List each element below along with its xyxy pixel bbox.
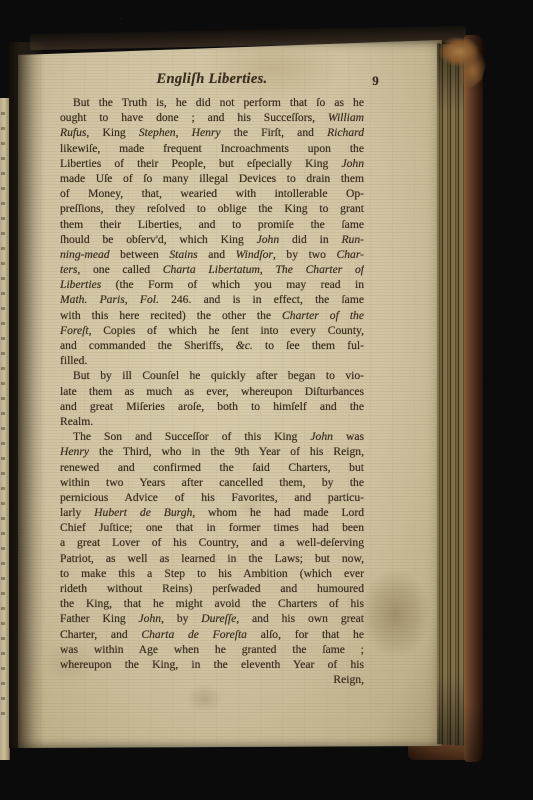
text-line: was within Age when he granted the ſame …: [60, 642, 364, 657]
roman-text: did in: [279, 233, 341, 246]
roman-text: Liberties of their People, but eſpeciall…: [60, 157, 341, 170]
text-line: rideth without Reins) perſwaded and humo…: [60, 581, 364, 596]
roman-text: ought to have done ; and his Succeſſors,: [60, 111, 328, 124]
italic-text: Henry: [60, 445, 89, 458]
text-line: late them as much as ever, whereupon Diſ…: [60, 384, 364, 399]
italic-text: Richard: [327, 126, 364, 139]
text-line: Father King John, by Dureſſe, and his ow…: [60, 611, 364, 626]
roman-text: , and his own great: [236, 612, 364, 625]
roman-text: , by: [161, 612, 201, 625]
roman-text: made Uſe of ſo many illegal Devices to d…: [60, 172, 364, 185]
running-head: Engliſh Liberties. 9: [60, 71, 364, 92]
text-line: ning-mead between Stains and Windſor, by…: [60, 247, 364, 262]
italic-text: John: [139, 612, 162, 625]
roman-text: pernicious Advice of his Favorites, and …: [60, 491, 364, 504]
roman-text: , King: [86, 126, 138, 139]
book-fore-edge-pages: [437, 41, 466, 746]
roman-text: Chief Juſtice; one that in former times …: [60, 521, 364, 534]
roman-text: with this here recited) the other the: [60, 309, 282, 322]
text-line: Math. Paris, Fol. 246. and is in effect,…: [60, 292, 364, 307]
italic-text: Math. Paris: [60, 293, 125, 306]
text-line: within two Years after cancelled them, b…: [60, 475, 364, 490]
roman-text: ,: [176, 126, 192, 139]
book-page: Engliſh Liberties. 9 But the Truth is, h…: [18, 40, 442, 748]
roman-text: ,: [260, 263, 276, 276]
italic-text: Henry: [192, 126, 221, 139]
italic-text: John: [310, 430, 333, 443]
text-line: preſſions, they reſolved to oblige the K…: [60, 201, 364, 216]
running-head-title: Engliſh Liberties.: [157, 71, 268, 87]
text-line: Chief Juſtice; one that in former times …: [60, 520, 364, 535]
roman-text: the Firſt, and: [221, 126, 327, 139]
roman-text: ſhould be obſerv'd, which King: [60, 233, 257, 246]
roman-text: , one called: [77, 263, 162, 276]
roman-text: was: [333, 430, 364, 443]
italic-text: John: [341, 157, 364, 170]
italic-text: Charta de Foreſta: [141, 628, 247, 641]
italic-text: &c.: [236, 339, 253, 352]
roman-text: to ſee them ful-: [253, 339, 364, 352]
roman-text: preſſions, they reſolved to oblige the K…: [60, 202, 364, 215]
roman-text: likewiſe, made frequent Incroachments up…: [60, 142, 364, 155]
text-line: Henry the Third, who in the 9th Year of …: [60, 444, 364, 459]
roman-text: But the Truth is, he did not perform tha…: [73, 96, 364, 109]
roman-text: the King, that he might avoid the Charte…: [60, 597, 364, 610]
roman-text: ,: [125, 293, 140, 306]
roman-text: within two Years after cancelled them, b…: [60, 476, 364, 489]
roman-text: the Third, who in the 9th Year of his Re…: [89, 445, 364, 458]
book-leather-cover: [464, 35, 483, 762]
roman-text: them their Liberties, and to promiſe the…: [60, 218, 364, 231]
text-line: them their Liberties, and to promiſe the…: [60, 217, 364, 232]
roman-text: larly: [60, 506, 94, 519]
roman-text: a great Lover of his Country, and a well…: [60, 536, 364, 549]
text-line: with this here recited) the other the Ch…: [60, 308, 364, 323]
roman-text: to make this a Step to his Ambition (whi…: [60, 567, 364, 580]
text-line: ters, one called Charta Libertatum, The …: [60, 262, 364, 277]
text-line: ought to have done ; and his Succeſſors,…: [60, 110, 364, 125]
italic-text: Run-: [341, 233, 364, 246]
text-line: But by ill Counſel he quickly after bega…: [60, 368, 364, 383]
italic-text: ning-mead: [60, 248, 110, 261]
facing-page-text-fragments: [1, 112, 5, 721]
text-line: and great Miſeries aroſe, both to himſel…: [60, 399, 364, 414]
catchword: Reign,: [60, 672, 364, 687]
italic-text: Dureſſe: [201, 612, 236, 625]
roman-text: , Copies of which he ſent into every Cou…: [89, 324, 364, 337]
italic-text: Char-: [337, 248, 364, 261]
text-line: made Uſe of ſo many illegal Devices to d…: [60, 171, 364, 186]
roman-text: of Money, that, wearied with intollerabl…: [60, 187, 364, 200]
text-line: to make this a Step to his Ambition (whi…: [60, 566, 364, 581]
italic-text: ters: [60, 263, 77, 276]
roman-text: and great Miſeries aroſe, both to himſel…: [60, 400, 364, 413]
italic-text: Charta Libertatum: [163, 263, 260, 276]
text-line: Liberties of their People, but eſpeciall…: [60, 156, 364, 171]
roman-text: Charter, and: [60, 628, 141, 641]
text-line: The Son and Succeſſor of this King John …: [60, 429, 364, 444]
roman-text: whereupon the King, in the eleventh Year…: [60, 658, 364, 671]
text-lines: But the Truth is, he did not perform tha…: [60, 95, 364, 672]
roman-text: , whom he had made Lord: [192, 506, 364, 519]
roman-text: Patriot, as well as learned in the Laws;…: [60, 552, 364, 565]
text-line: of Money, that, wearied with intollerabl…: [60, 186, 364, 201]
scan-background: { "colors": { "background": "#0b0b0c", "…: [0, 0, 533, 800]
text-line: Patriot, as well as learned in the Laws;…: [60, 551, 364, 566]
text-line: whereupon the King, in the eleventh Year…: [60, 657, 364, 672]
roman-text: was within Age when he granted the ſame …: [60, 643, 364, 656]
italic-text: Charter of the: [282, 309, 364, 322]
italic-text: Fol.: [140, 293, 159, 306]
text-line: Rufus, King Stephen, Henry the Firſt, an…: [60, 125, 364, 140]
roman-text: and: [198, 248, 236, 261]
italic-text: Stephen: [139, 126, 176, 139]
page-number: 9: [372, 73, 379, 89]
text-line: But the Truth is, he did not perform tha…: [60, 95, 364, 110]
text-line: likewiſe, made frequent Incroachments up…: [60, 141, 364, 156]
text-line: ſhould be obſerv'd, which King John did …: [60, 232, 364, 247]
roman-text: The Son and Succeſſor of this King: [73, 430, 310, 443]
roman-text: , by two: [273, 248, 337, 261]
facing-page-sliver: [0, 98, 10, 760]
italic-text: Foreſt: [60, 324, 89, 337]
roman-text: between: [110, 248, 170, 261]
italic-text: The Charter of: [275, 263, 364, 276]
roman-text: But by ill Counſel he quickly after bega…: [73, 369, 364, 382]
text-line: the King, that he might avoid the Charte…: [60, 596, 364, 611]
roman-text: 246. and is in effect, the ſame: [159, 293, 364, 306]
text-line: renewed and confirmed the ſaid Charters,…: [60, 460, 364, 475]
printed-text-block: Engliſh Liberties. 9 But the Truth is, h…: [60, 71, 364, 687]
italic-text: Windſor: [236, 248, 273, 261]
background-noise: [120, 18, 121, 19]
text-line: larly Hubert de Burgh, whom he had made …: [60, 505, 364, 520]
italic-text: Rufus: [60, 126, 86, 139]
text-line: Realm.: [60, 414, 364, 429]
text-line: filled.: [60, 353, 364, 368]
roman-text: late them as much as ever, whereupon Diſ…: [60, 385, 364, 398]
italic-text: William: [328, 111, 364, 124]
roman-text: rideth without Reins) perſwaded and humo…: [60, 582, 364, 595]
roman-text: alſo, for that he: [247, 628, 364, 641]
roman-text: and commanded the Sheriffs,: [60, 339, 236, 352]
italic-text: Stains: [169, 248, 197, 261]
roman-text: Father King: [60, 612, 139, 625]
text-line: Liberties (the Form of which you may rea…: [60, 277, 364, 292]
text-line: and commanded the Sheriffs, &c. to ſee t…: [60, 338, 364, 353]
text-line: Foreſt, Copies of which he ſent into eve…: [60, 323, 364, 338]
roman-text: Realm.: [60, 415, 93, 428]
italic-text: Hubert de Burgh: [94, 506, 192, 519]
italic-text: John: [257, 233, 280, 246]
text-line: Charter, and Charta de Foreſta alſo, for…: [60, 627, 364, 642]
book-scan-scene: Engliſh Liberties. 9 But the Truth is, h…: [0, 0, 533, 800]
roman-text: renewed and confirmed the ſaid Charters,…: [60, 461, 364, 474]
italic-text: Liberties: [60, 278, 101, 291]
text-line: a great Lover of his Country, and a well…: [60, 535, 364, 550]
roman-text: (the Form of which you may read in: [101, 278, 364, 291]
roman-text: filled.: [60, 354, 87, 367]
text-line: pernicious Advice of his Favorites, and …: [60, 490, 364, 505]
